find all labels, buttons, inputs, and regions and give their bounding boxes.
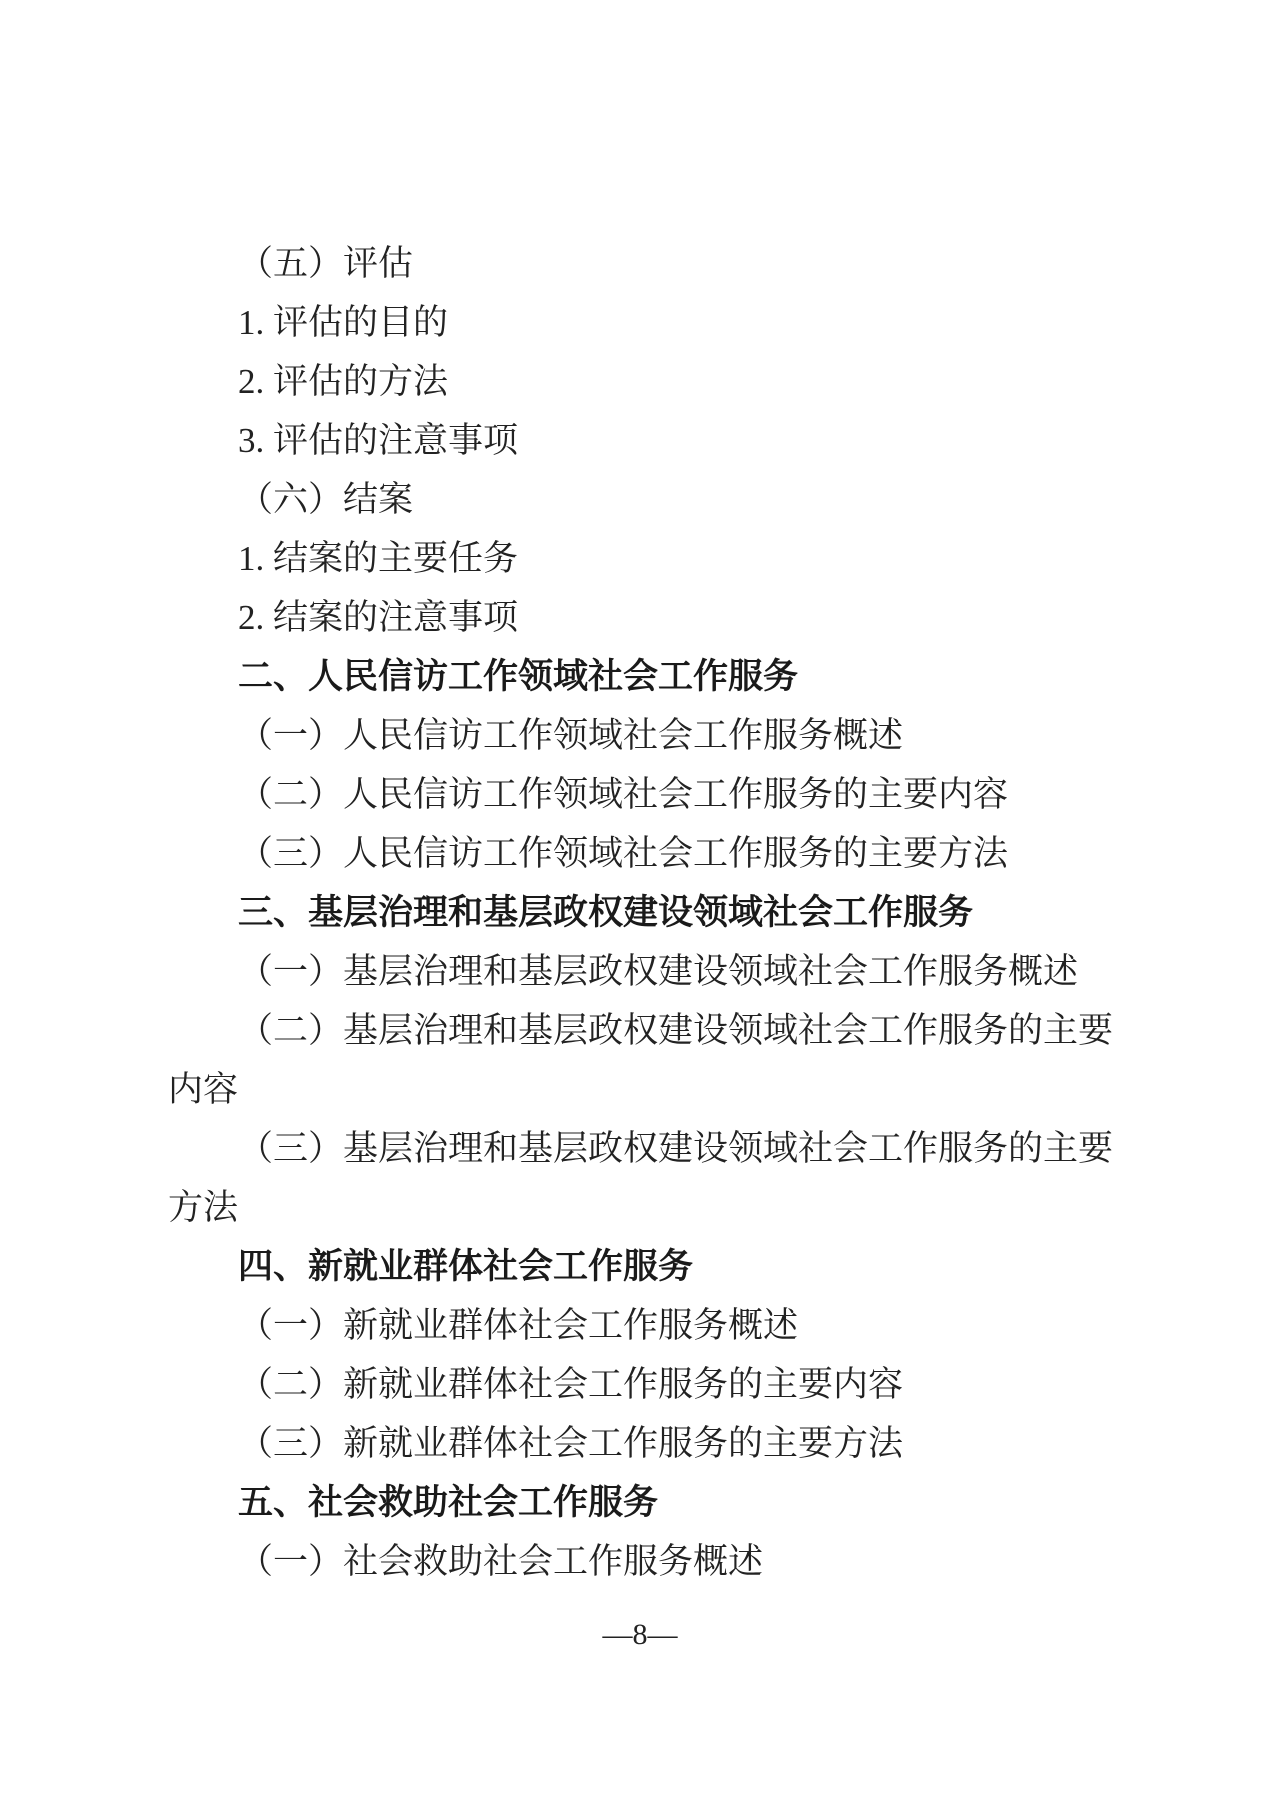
outline-line: 2. 评估的方法 xyxy=(168,352,1113,411)
document-content: （五）评估1. 评估的目的2. 评估的方法3. 评估的注意事项（六）结案1. 结… xyxy=(168,234,1113,1591)
document-page: （五）评估1. 评估的目的2. 评估的方法3. 评估的注意事项（六）结案1. 结… xyxy=(0,0,1280,1810)
section-heading-line: 二、人民信访工作领域社会工作服务 xyxy=(168,647,1113,706)
outline-line: （二）基层治理和基层政权建设领域社会工作服务的主要 xyxy=(168,1001,1113,1060)
outline-line: （一）基层治理和基层政权建设领域社会工作服务概述 xyxy=(168,942,1113,1001)
outline-line: 3. 评估的注意事项 xyxy=(168,411,1113,470)
outline-line: （一）社会救助社会工作服务概述 xyxy=(168,1532,1113,1591)
outline-line: （二）新就业群体社会工作服务的主要内容 xyxy=(168,1355,1113,1414)
page-footer: —8— xyxy=(0,1612,1280,1658)
section-heading-line: 四、新就业群体社会工作服务 xyxy=(168,1237,1113,1296)
outline-line: 1. 结案的主要任务 xyxy=(168,529,1113,588)
outline-line: 内容 xyxy=(168,1060,1113,1119)
section-heading-line: 五、社会救助社会工作服务 xyxy=(168,1473,1113,1532)
outline-line: （一）新就业群体社会工作服务概述 xyxy=(168,1296,1113,1355)
outline-line: 方法 xyxy=(168,1178,1113,1237)
outline-line: （三）人民信访工作领域社会工作服务的主要方法 xyxy=(168,824,1113,883)
outline-line: （三）基层治理和基层政权建设领域社会工作服务的主要 xyxy=(168,1119,1113,1178)
outline-line: （一）人民信访工作领域社会工作服务概述 xyxy=(168,706,1113,765)
outline-line: （六）结案 xyxy=(168,470,1113,529)
outline-line: （五）评估 xyxy=(168,234,1113,293)
page-number: —8— xyxy=(603,1618,678,1651)
section-heading-line: 三、基层治理和基层政权建设领域社会工作服务 xyxy=(168,883,1113,942)
outline-line: 2. 结案的注意事项 xyxy=(168,588,1113,647)
outline-line: 1. 评估的目的 xyxy=(168,293,1113,352)
outline-line: （三）新就业群体社会工作服务的主要方法 xyxy=(168,1414,1113,1473)
outline-line: （二）人民信访工作领域社会工作服务的主要内容 xyxy=(168,765,1113,824)
